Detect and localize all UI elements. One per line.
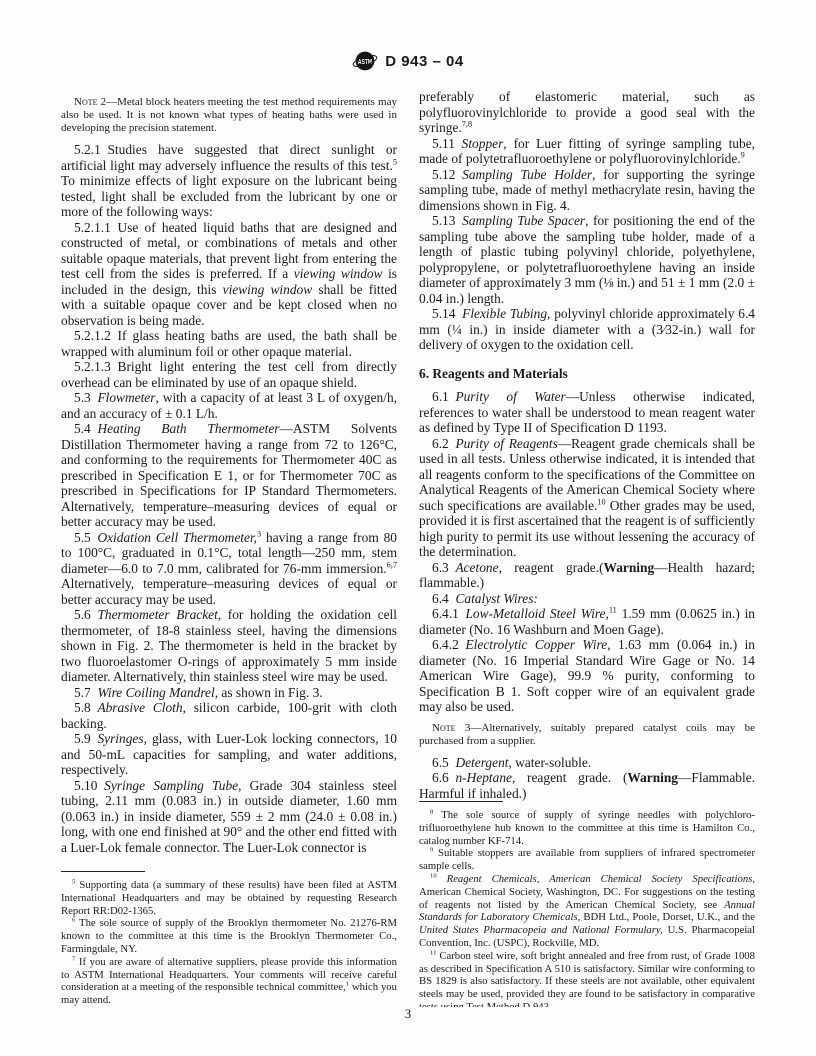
paragraph: Note 2—Metal block heaters meeting the t… (61, 96, 397, 135)
footnote: 5 Supporting data (a summary of these re… (61, 879, 397, 917)
footnote: 9 Suitable stoppers are available from s… (419, 847, 755, 873)
paragraph: 6.4 Catalyst Wires: (419, 591, 755, 607)
paragraph: 6. Reagents and Materials (419, 366, 755, 382)
paragraph: 5.10 Syringe Sampling Tube, Grade 304 st… (61, 778, 397, 856)
footnote: 11 Carbon steel wire, soft bright anneal… (419, 950, 755, 1007)
paragraph: 6.3 Acetone, reagent grade.(Warning—Heal… (419, 560, 755, 591)
paragraph: 5.13 Sampling Tube Spacer, for positioni… (419, 213, 755, 306)
paragraph: 5.11 Stopper, for Luer fitting of syring… (419, 136, 755, 167)
paragraph: 5.8 Abrasive Cloth, silicon carbide, 100… (61, 700, 397, 731)
paragraph: 5.4 Heating Bath Thermometer—ASTM Solven… (61, 421, 397, 530)
document-page: ASTM D 943 – 04 Note 2—Metal block heate… (0, 0, 816, 1056)
paragraph: 5.12 Sampling Tube Holder, for supportin… (419, 167, 755, 214)
two-column-body: Note 2—Metal block heaters meeting the t… (0, 89, 816, 1007)
left-column: Note 2—Metal block heaters meeting the t… (61, 89, 397, 1007)
paragraph: 6.2 Purity of Reagents—Reagent grade che… (419, 436, 755, 560)
paragraph: 5.7 Wire Coiling Mandrel, as shown in Fi… (61, 685, 397, 701)
right-column: preferably of elastomeric material, such… (419, 89, 755, 1007)
paragraph: 6.1 Purity of Water—Unless otherwise ind… (419, 389, 755, 436)
left-footnotes: 5 Supporting data (a summary of these re… (61, 879, 397, 1007)
right-footnotes: 8 The sole source of supply of syringe n… (419, 809, 755, 1007)
footnote-separator (61, 871, 145, 872)
paragraph: Note 3—Alternatively, suitably prepared … (419, 722, 755, 748)
right-footnote-block: 8 The sole source of supply of syringe n… (419, 801, 755, 1007)
paragraph: 6.6 n-Heptane, reagent grade. (Warning—F… (419, 770, 755, 801)
paragraph: preferably of elastomeric material, such… (419, 89, 755, 136)
left-footnote-block: 5 Supporting data (a summary of these re… (61, 871, 397, 1007)
footnote: 8 The sole source of supply of syringe n… (419, 809, 755, 847)
paragraph: 5.2.1.3 Bright light entering the test c… (61, 359, 397, 390)
footnote: 7 If you are aware of alternative suppli… (61, 956, 397, 1007)
paragraph: 5.9 Syringes, glass, with Luer-Lok locki… (61, 731, 397, 778)
paragraph: 6.5 Detergent, water-soluble. (419, 755, 755, 771)
astm-logo-icon: ASTM (352, 50, 378, 72)
paragraph: 6.4.2 Electrolytic Copper Wire, 1.63 mm … (419, 637, 755, 715)
left-column-text: Note 2—Metal block heaters meeting the t… (61, 89, 397, 855)
paragraph: 5.3 Flowmeter, with a capacity of at lea… (61, 390, 397, 421)
page-header: ASTM D 943 – 04 (0, 0, 816, 72)
paragraph: 6.4.1 Low-Metalloid Steel Wire,11 1.59 m… (419, 606, 755, 637)
paragraph: 5.14 Flexible Tubing, polyvinyl chloride… (419, 306, 755, 353)
footnote-separator (419, 801, 503, 802)
paragraph: 5.5 Oxidation Cell Thermometer,3 having … (61, 530, 397, 608)
page-number: 3 (0, 1007, 816, 1022)
paragraph: 5.2.1 Studies have suggested that direct… (61, 142, 397, 220)
standard-number: D 943 – 04 (385, 53, 463, 70)
paragraph: 5.2.1.2 If glass heating baths are used,… (61, 328, 397, 359)
footnote: 6 The sole source of supply of the Brook… (61, 917, 397, 955)
paragraph: 5.2.1.1 Use of heated liquid baths that … (61, 220, 397, 329)
footnote: 10 Reagent Chemicals, American Chemical … (419, 873, 755, 950)
right-column-text: preferably of elastomeric material, such… (419, 89, 755, 801)
paragraph: 5.6 Thermometer Bracket, for holding the… (61, 607, 397, 685)
